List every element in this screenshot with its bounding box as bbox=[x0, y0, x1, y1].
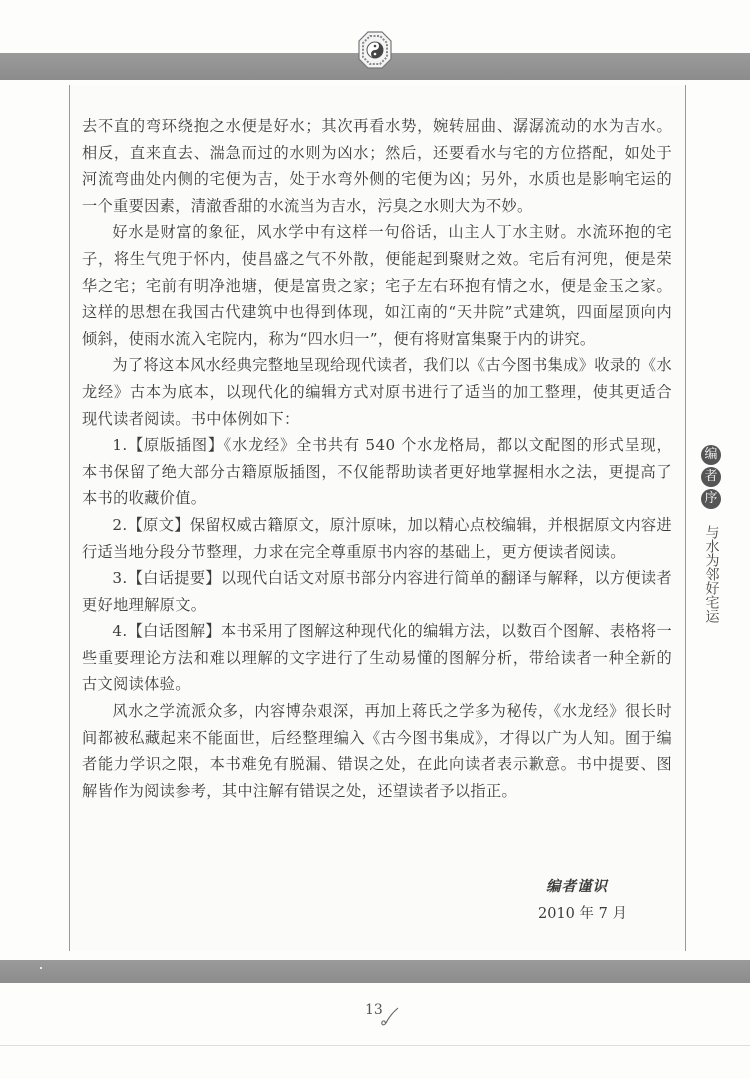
section-char: 编 bbox=[701, 445, 721, 465]
paragraph: 去不直的弯环绕抱之水便是好水；其次再看水势，婉转屈曲、潺潺流动的水为吉水。相反，… bbox=[82, 113, 672, 219]
section-char: 者 bbox=[701, 467, 721, 487]
page-edge bbox=[0, 1045, 750, 1046]
paragraph: 风水之学流派众多，内容博杂艰深，再加上蒋氏之学多为秘传，《水龙经》很长时间都被私… bbox=[82, 698, 672, 804]
section-title: 与水为邻好宅运 bbox=[702, 525, 721, 623]
paragraph: 1.【原版插图】《水龙经》全书共有 540 个水龙格局，都以文配图的形式呈现，本… bbox=[82, 432, 672, 512]
paragraph: 3.【白话提要】以现代白话文对原书部分内容进行简单的翻译与解释，以方便读者更好地… bbox=[82, 565, 672, 618]
bagua-yin-yang-icon bbox=[357, 30, 393, 70]
curl-flourish-icon bbox=[378, 1005, 400, 1027]
footer-band bbox=[0, 960, 750, 983]
body-text: 去不直的弯环绕抱之水便是好水；其次再看水势，婉转屈曲、潺潺流动的水为吉水。相反，… bbox=[82, 113, 672, 804]
signature: 编者谨识 bbox=[546, 875, 608, 896]
section-char: 序 bbox=[701, 489, 721, 509]
side-tab: 编 者 序 与水为邻好宅运 bbox=[700, 445, 722, 623]
paragraph: 2.【原文】保留权威古籍原文，原汁原味，加以精心点校编辑，并根据原文内容进行适当… bbox=[82, 512, 672, 565]
paragraph: 为了将这本风水经典完整地呈现给现代读者，我们以《古今图书集成》收录的《水龙经》古… bbox=[82, 352, 672, 432]
paragraph: 4.【白话图解】本书采用了图解这种现代化的编辑方法，以数百个图解、表格将一些重要… bbox=[82, 618, 672, 698]
paragraph: 好水是财富的象征，风水学中有这样一句俗话，山主人丁水主财。水流环抱的宅子，将生气… bbox=[82, 219, 672, 352]
date: 2010 年 7 月 bbox=[538, 902, 627, 923]
speck bbox=[40, 967, 42, 969]
